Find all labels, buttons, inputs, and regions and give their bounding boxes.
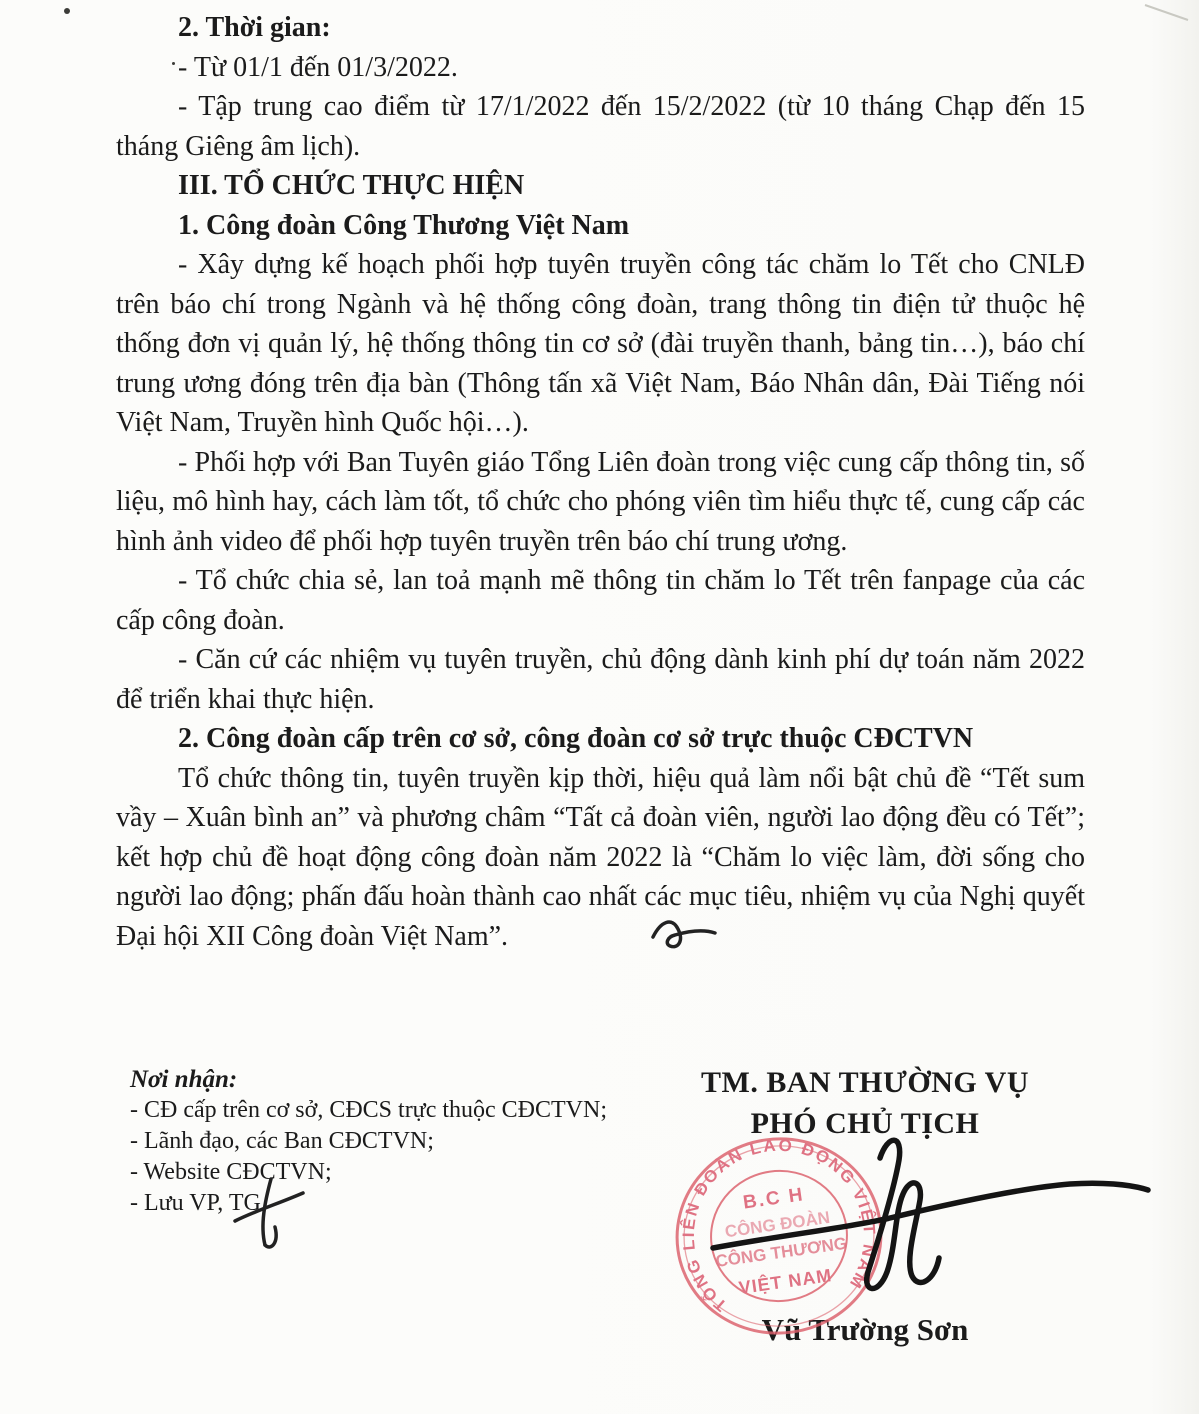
stamp-inner-line: B.C H bbox=[742, 1184, 806, 1213]
signature-heading-block: TM. BAN THƯỜNG VỤ PHÓ CHỦ TỊCH bbox=[640, 1062, 1090, 1144]
paragraph-peak-period: - Tập trung cao điểm từ 17/1/2022 đến 15… bbox=[116, 87, 1085, 166]
paragraph-theme: Tổ chức thông tin, tuyên truyền kịp thời… bbox=[116, 759, 1085, 957]
stamp-inner-line: VIỆT NAM bbox=[737, 1264, 833, 1298]
paragraph-plan: - Xây dựng kế hoạch phối hợp tuyên truyề… bbox=[116, 245, 1085, 443]
recipient-item: - Lãnh đạo, các Ban CĐCTVN; bbox=[130, 1126, 607, 1157]
handwritten-signature bbox=[713, 1140, 1148, 1288]
recipient-item: - CĐ cấp trên cơ sở, CĐCS trực thuộc CĐC… bbox=[130, 1095, 607, 1126]
section-heading-execution: III. TỔ CHỨC THỰC HIỆN bbox=[116, 166, 1085, 206]
stamp-inner-line: CÔNG ĐOÀN bbox=[724, 1208, 831, 1242]
section-heading-time: 2. Thời gian: bbox=[116, 8, 1085, 48]
title-line: PHÓ CHỦ TỊCH bbox=[640, 1103, 1090, 1144]
document-body: 2. Thời gian: - Từ 01/1 đến 01/3/2022. -… bbox=[116, 8, 1085, 956]
recipients-block: Nơi nhận: - CĐ cấp trên cơ sở, CĐCS trực… bbox=[130, 1064, 607, 1219]
recipient-item: - Website CĐCTVN; bbox=[130, 1157, 607, 1188]
paragraph-budget: - Căn cứ các nhiệm vụ tuyên truyền, chủ … bbox=[116, 640, 1085, 719]
stamp-inner-line: CÔNG THƯƠNG bbox=[714, 1234, 848, 1271]
stamp-and-signature: TỔNG LIÊN ĐOÀN LAO ĐỘNG VIỆT NAM B.C H C… bbox=[600, 1100, 1180, 1400]
corner-fold-mark bbox=[1140, 0, 1199, 30]
svg-text:TỔNG LIÊN ĐOÀN LAO ĐỘNG VIỆT N: TỔNG LIÊN ĐOÀN LAO ĐỘNG VIỆT NAM bbox=[667, 1124, 888, 1319]
paragraph-date-range: - Từ 01/1 đến 01/3/2022. bbox=[116, 48, 1085, 88]
section-heading-union-2: 2. Công đoàn cấp trên cơ sở, công đoàn c… bbox=[116, 719, 1085, 759]
recipients-label: Nơi nhận: bbox=[130, 1064, 607, 1095]
document-page: 2. Thời gian: - Từ 01/1 đến 01/3/2022. -… bbox=[0, 0, 1199, 1414]
paragraph-share: - Tổ chức chia sẻ, lan toả mạnh mẽ thông… bbox=[116, 561, 1085, 640]
paragraph-coordinate: - Phối hợp với Ban Tuyên giáo Tổng Liên … bbox=[116, 443, 1085, 562]
on-behalf-line: TM. BAN THƯỜNG VỤ bbox=[640, 1062, 1090, 1103]
stamp-ring-text: TỔNG LIÊN ĐOÀN LAO ĐỘNG VIỆT NAM bbox=[667, 1124, 888, 1319]
section-heading-union-1: 1. Công đoàn Công Thương Việt Nam bbox=[116, 206, 1085, 246]
signer-name: Vũ Trường Sơn bbox=[700, 1312, 1030, 1348]
scan-speck bbox=[64, 8, 70, 14]
recipient-item: - Lưu VP, TG bbox=[130, 1188, 607, 1219]
